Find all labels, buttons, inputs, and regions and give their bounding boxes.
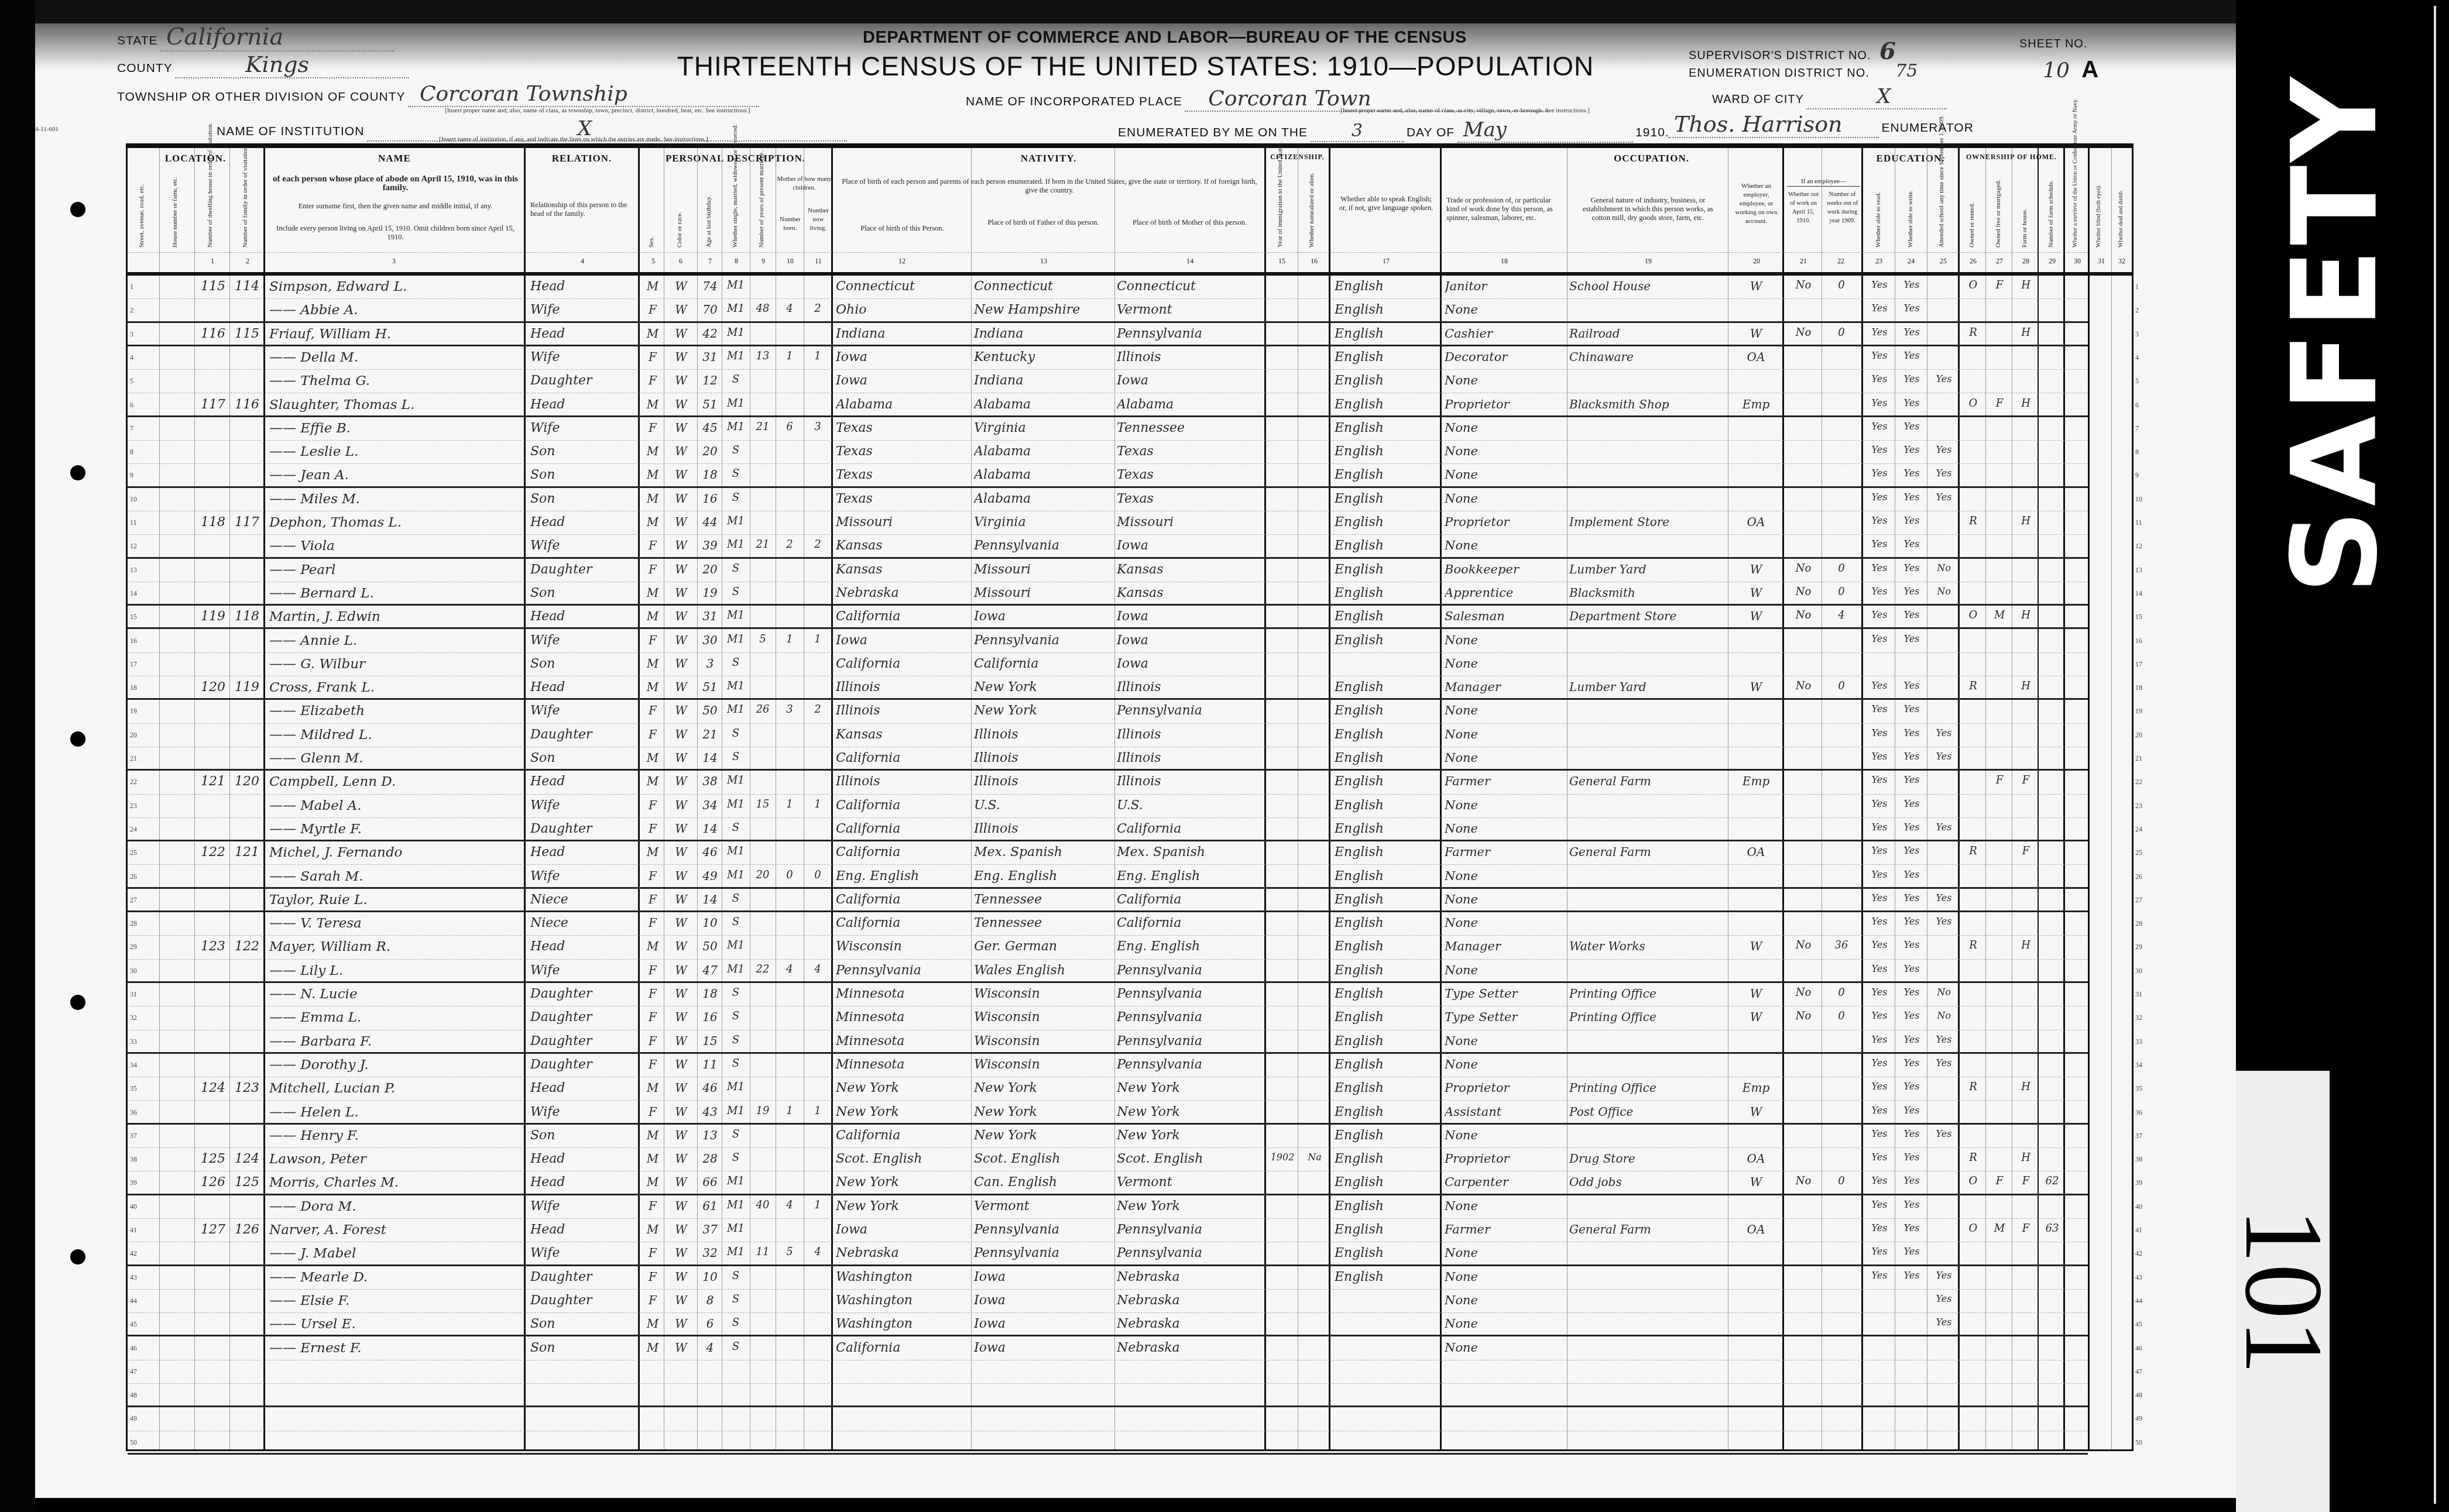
cell-write — [1896, 1293, 1927, 1312]
cell-mother-birth: U.S. — [1117, 798, 1263, 817]
cell-trade: None — [1445, 798, 1568, 817]
cell-yrs-married: 26 — [750, 703, 775, 722]
cell-trade: Cashier — [1445, 327, 1568, 345]
day-of-label: day of — [1407, 126, 1455, 139]
cell-industry — [1569, 727, 1727, 746]
cell-mother-birth: Vermont — [1117, 303, 1263, 321]
township-field: Township or other division of county Cor… — [117, 82, 819, 107]
cell-farm: H — [2014, 1152, 2038, 1170]
cell-family — [231, 444, 263, 463]
cell-naturalized — [1299, 1293, 1330, 1312]
cell-farm — [2014, 657, 2038, 675]
line-number: 46 — [130, 1344, 137, 1353]
cell-owned — [1961, 586, 1985, 604]
colnum-29: 29 — [2043, 257, 2061, 266]
cell-father-birth: Wisconsin — [974, 987, 1113, 1005]
cell-age: 70 — [698, 303, 722, 321]
line-number: 8 — [130, 448, 133, 456]
cell-free — [1987, 350, 2012, 369]
cell-birth: Kansas — [836, 562, 970, 581]
cell-industry — [1569, 1387, 1727, 1406]
cell-birth: California — [836, 845, 970, 864]
line-number: 7 — [130, 424, 133, 433]
cell-born — [776, 727, 803, 746]
cell-trade: Manager — [1445, 680, 1568, 699]
cell-age: 51 — [698, 680, 722, 699]
cell-language: English — [1335, 987, 1440, 1005]
cell-family — [231, 373, 263, 392]
cell-yrs-married: 22 — [750, 963, 775, 982]
line-number: 39 — [130, 1178, 137, 1187]
cell-naturalized — [1299, 1057, 1330, 1076]
header-free: Owned free or mortgaged. — [1995, 177, 2002, 248]
cell-birth: Iowa — [836, 373, 970, 392]
cell-industry: School House — [1569, 279, 1727, 298]
cell-birth: California — [836, 798, 970, 817]
cell-read: Yes — [1864, 845, 1895, 864]
cell-age: 4 — [698, 1341, 722, 1359]
cell-family — [231, 1364, 263, 1383]
cell-school: No — [1929, 1010, 1959, 1029]
cell-relation: Head — [530, 1152, 639, 1170]
cell-living — [804, 1364, 831, 1383]
cell-born — [776, 657, 803, 675]
cell-family — [231, 468, 263, 486]
cell-farm — [2014, 538, 2038, 557]
cell-immigration — [1267, 397, 1298, 416]
cell-color: W — [665, 562, 697, 581]
cell-born: 0 — [776, 869, 803, 888]
cell-living — [804, 727, 831, 746]
line-number: 50 — [130, 1438, 137, 1447]
cell-mother-birth: California — [1117, 822, 1263, 840]
cell-living — [804, 1222, 831, 1241]
cell-read: Yes — [1864, 939, 1895, 958]
line-number: 49 — [130, 1414, 137, 1423]
cell-marital: S — [722, 1152, 749, 1170]
cell-farm — [2014, 1199, 2038, 1218]
cell-out-work — [1786, 468, 1821, 486]
cell-out-work — [1786, 1364, 1821, 1383]
cell-sex: M — [641, 586, 664, 604]
cell-birth: Nebraska — [836, 586, 970, 604]
cell-father-birth: California — [974, 657, 1113, 675]
cell-relation: Son — [530, 1317, 639, 1335]
cell-family — [231, 586, 263, 604]
cell-living: 1 — [804, 1105, 831, 1123]
cell-trade: None — [1445, 1246, 1568, 1264]
cell-name: —— Ernest F. — [269, 1341, 524, 1359]
line-number: 5 — [130, 377, 133, 386]
cell-born — [776, 916, 803, 934]
cell-out-work — [1786, 1293, 1821, 1312]
cell-mother-birth: Illinois — [1117, 350, 1263, 369]
cell-name: —— Sarah M. — [269, 869, 524, 888]
cell-sex: F — [641, 916, 664, 934]
cell-living — [804, 1293, 831, 1312]
cell-father-birth: Alabama — [974, 468, 1113, 486]
cell-yrs-married — [750, 916, 775, 934]
cell-sex: M — [641, 1341, 664, 1359]
cell-birth: Washington — [836, 1293, 970, 1312]
cell-weeks — [1823, 538, 1860, 557]
cell-trade: Carpenter — [1445, 1175, 1568, 1194]
cell-father-birth: Illinois — [974, 727, 1113, 746]
cell-age: 49 — [698, 869, 722, 888]
cell-age: 45 — [698, 421, 722, 439]
cell-schedule — [2040, 1341, 2064, 1359]
cell-read: Yes — [1864, 680, 1895, 699]
cell-mother-birth: Kansas — [1117, 562, 1263, 581]
cell-yrs-married — [750, 1364, 775, 1383]
cell-yrs-married — [750, 657, 775, 675]
cell-farm — [2014, 1411, 2038, 1429]
supervisor-label: Supervisor's District No. — [1689, 49, 1871, 62]
cell-owned — [1961, 562, 1985, 581]
cell-school — [1929, 963, 1959, 982]
cell-industry — [1569, 1435, 1727, 1453]
cell-write — [1896, 1387, 1927, 1406]
cell-marital: M1 — [722, 869, 749, 888]
colnum-13: 13 — [1035, 257, 1052, 266]
cell-born — [776, 562, 803, 581]
cell-name: Mitchell, Lucian P. — [269, 1081, 524, 1099]
cell-marital: M1 — [722, 1199, 749, 1218]
cell-weeks — [1823, 1034, 1860, 1053]
cell-family: 119 — [231, 680, 263, 699]
cell-mother-birth: Pennsylvania — [1117, 1057, 1263, 1076]
cell-trade: None — [1445, 822, 1568, 840]
cell-born: 1 — [776, 1105, 803, 1123]
cell-farm — [2014, 1128, 2038, 1147]
cell-industry: Chinaware — [1569, 350, 1727, 369]
table-row: 1010—— Miles M.SonMW16STexasAlabamaTexas… — [128, 488, 2088, 511]
cell-father-birth: Wisconsin — [974, 1057, 1113, 1076]
cell-owned: R — [1961, 515, 1985, 534]
cell-industry — [1569, 963, 1727, 982]
header-school: Attended school any time since September… — [1938, 177, 1945, 248]
cell-born — [776, 1435, 803, 1453]
line-number: 47 — [130, 1367, 137, 1376]
cell-free — [1987, 1317, 2012, 1335]
cell-yrs-married — [750, 1317, 775, 1335]
cell-language — [1335, 1293, 1440, 1312]
cell-name — [269, 1387, 524, 1406]
cell-free — [1987, 538, 2012, 557]
cell-family — [231, 657, 263, 675]
cell-name: Dephon, Thomas L. — [269, 515, 524, 534]
cell-born — [776, 468, 803, 486]
cell-marital: M1 — [722, 1081, 749, 1099]
cell-name: —— Mabel A. — [269, 798, 524, 817]
cell-color: W — [665, 1105, 697, 1123]
cell-mother-birth: New York — [1117, 1081, 1263, 1099]
cell-father-birth: Missouri — [974, 586, 1113, 604]
cell-father-birth: U.S. — [974, 798, 1113, 817]
cell-dwelling — [197, 1034, 229, 1053]
cell-father-birth: Indiana — [974, 373, 1113, 392]
cell-yrs-married — [750, 279, 775, 298]
cell-school — [1929, 350, 1959, 369]
cell-employer: OA — [1730, 1222, 1782, 1241]
cell-out-work: No — [1786, 1175, 1821, 1194]
cell-weeks — [1823, 1317, 1860, 1335]
cell-out-work — [1786, 1081, 1821, 1099]
cell-weeks — [1823, 1081, 1860, 1099]
cell-relation — [530, 1435, 639, 1453]
cell-owned — [1961, 1105, 1985, 1123]
cell-dwelling — [197, 916, 229, 934]
cell-industry: Odd jobs — [1569, 1175, 1727, 1194]
cell-dwelling — [197, 1010, 229, 1029]
cell-family — [231, 421, 263, 439]
enumerator-label: Enumerator — [1881, 121, 1973, 135]
cell-yrs-married — [750, 397, 775, 416]
cell-age: 39 — [698, 538, 722, 557]
cell-industry: General Farm — [1569, 845, 1727, 864]
cell-owned — [1961, 1270, 1985, 1288]
cell-free — [1987, 1387, 2012, 1406]
line-number: 40 — [130, 1202, 137, 1211]
cell-weeks — [1823, 515, 1860, 534]
header-years-married: Number of years of present marriage. — [758, 176, 765, 248]
cell-immigration — [1267, 444, 1298, 463]
cell-schedule — [2040, 562, 2064, 581]
cell-school — [1929, 1152, 1959, 1170]
cell-color: W — [665, 892, 697, 911]
cell-schedule — [2040, 1128, 2064, 1147]
colnum-9: 9 — [754, 257, 772, 266]
cell-mother-birth: Illinois — [1117, 727, 1263, 746]
cell-marital: M1 — [722, 680, 749, 699]
cell-sex: M — [641, 1152, 664, 1170]
line-number: 42 — [130, 1249, 137, 1258]
ward-label: Ward of city — [1712, 93, 1804, 106]
cell-immigration — [1267, 822, 1298, 840]
cell-born — [776, 1293, 803, 1312]
cell-age: 30 — [698, 633, 722, 652]
colnum-27: 27 — [1991, 257, 2008, 266]
cell-owned — [1961, 350, 1985, 369]
cell-living — [804, 1341, 831, 1359]
cell-living — [804, 373, 831, 392]
line-number: 12 — [130, 542, 137, 551]
county-field: County Kings — [117, 51, 445, 78]
line-number: 6 — [130, 401, 133, 410]
cell-industry — [1569, 822, 1727, 840]
cell-name: Friauf, William H. — [269, 327, 524, 345]
cell-sex: M — [641, 939, 664, 958]
cell-read — [1864, 657, 1895, 675]
cell-weeks — [1823, 633, 1860, 652]
cell-sex: F — [641, 633, 664, 652]
line-number: 18 — [130, 683, 137, 692]
cell-write: Yes — [1896, 279, 1927, 298]
cell-marital: S — [722, 1010, 749, 1029]
cell-color: W — [665, 657, 697, 675]
cell-born: 4 — [776, 1199, 803, 1218]
cell-father-birth: Alabama — [974, 397, 1113, 416]
cell-color: W — [665, 1010, 697, 1029]
cell-farm: H — [2014, 680, 2038, 699]
out-of-work-desc: Whether out of work on April 15, 1910. — [1786, 190, 1821, 225]
cell-language — [1335, 1341, 1440, 1359]
cell-sex: M — [641, 609, 664, 628]
cell-father-birth: Wisconsin — [974, 1034, 1113, 1053]
cell-birth: California — [836, 1128, 970, 1147]
ward-field: Ward of city X — [1677, 85, 1970, 109]
cell-dwelling: 121 — [197, 774, 229, 793]
cell-trade: None — [1445, 963, 1568, 982]
cell-trade: Proprietor — [1445, 1152, 1568, 1170]
department-title: DEPARTMENT OF COMMERCE AND LABOR—BUREAU … — [784, 28, 1545, 47]
cell-marital: S — [722, 727, 749, 746]
cell-industry — [1569, 1317, 1727, 1335]
township-note: [Insert proper name and, also, name of c… — [445, 107, 855, 114]
cell-free: F — [1987, 774, 2012, 793]
sheet-field: Sheet No. 10 A — [2019, 37, 2136, 83]
table-row: 3535124123Mitchell, Lucian P.HeadMW46M1N… — [128, 1077, 2088, 1101]
line-number: 1 — [130, 283, 133, 291]
cell-yrs-married — [750, 751, 775, 769]
cell-write: Yes — [1896, 373, 1927, 392]
cell-family — [231, 1128, 263, 1147]
cell-naturalized — [1299, 916, 1330, 934]
cell-weeks: 0 — [1823, 987, 1860, 1005]
cell-mother-birth: Missouri — [1117, 515, 1263, 534]
header-owned: Owned or rented. — [1968, 177, 1975, 248]
cell-sex: F — [641, 1034, 664, 1053]
cell-industry: Printing Office — [1569, 987, 1727, 1005]
cell-sex: F — [641, 1293, 664, 1312]
cell-write: Yes — [1896, 492, 1927, 510]
table-row: 99—— Jean A.SonMW18STexasAlabamaTexasEng… — [128, 464, 2088, 487]
birth-mother-header: Place of birth of Mother of this person. — [1118, 218, 1261, 227]
cell-immigration — [1267, 1387, 1298, 1406]
cell-marital: S — [722, 751, 749, 769]
cell-color: W — [665, 1341, 697, 1359]
nativity-desc: Place of birth of each person and parent… — [839, 177, 1260, 195]
cell-industry — [1569, 892, 1727, 911]
cell-employer — [1730, 1435, 1782, 1453]
line-number-right: 34 — [2135, 1061, 2142, 1070]
cell-name: Mayer, William R. — [269, 939, 524, 958]
cell-immigration — [1267, 1270, 1298, 1288]
line-number: 30 — [130, 967, 137, 975]
cell-read: Yes — [1864, 727, 1895, 746]
cell-write: Yes — [1896, 892, 1927, 911]
cell-birth: Kansas — [836, 727, 970, 746]
cell-read: Yes — [1864, 892, 1895, 911]
cell-school — [1929, 421, 1959, 439]
cell-trade: Janitor — [1445, 279, 1568, 298]
cell-language — [1335, 657, 1440, 675]
cell-mother-birth: Pennsylvania — [1117, 1246, 1263, 1264]
cell-naturalized — [1299, 869, 1330, 888]
cell-father-birth: Connecticut — [974, 279, 1113, 298]
cell-sex: F — [641, 892, 664, 911]
cell-read: Yes — [1864, 327, 1895, 345]
cell-marital — [722, 1387, 749, 1406]
line-number-right: 21 — [2135, 754, 2142, 763]
cell-school — [1929, 1081, 1959, 1099]
table-row: 4747 — [128, 1360, 2088, 1384]
cell-out-work — [1786, 1199, 1821, 1218]
cell-owned: R — [1961, 845, 1985, 864]
cell-father-birth: Wisconsin — [974, 1010, 1113, 1029]
cell-school — [1929, 798, 1959, 817]
cell-born — [776, 586, 803, 604]
cell-naturalized — [1299, 397, 1330, 416]
cell-weeks — [1823, 657, 1860, 675]
cell-dwelling — [197, 1128, 229, 1147]
cell-language: English — [1335, 1270, 1440, 1288]
cell-mother-birth: Iowa — [1117, 538, 1263, 557]
cell-name: —— Henry F. — [269, 1128, 524, 1147]
month-value: May — [1457, 118, 1633, 143]
cell-father-birth: New York — [974, 1128, 1113, 1147]
cell-born — [776, 1010, 803, 1029]
cell-weeks — [1823, 1057, 1860, 1076]
line-number-right: 13 — [2135, 566, 2142, 575]
cell-weeks — [1823, 703, 1860, 722]
cell-living: 2 — [804, 703, 831, 722]
cell-family — [231, 892, 263, 911]
cell-farm — [2014, 798, 2038, 817]
colnum-20: 20 — [1748, 257, 1765, 266]
cell-language: English — [1335, 939, 1440, 958]
cell-mother-birth: Eng. English — [1117, 939, 1263, 958]
cell-yrs-married — [750, 609, 775, 628]
cell-school — [1929, 1341, 1959, 1359]
weeks-out-desc: Number of weeks out of work during year … — [1823, 190, 1861, 225]
cell-naturalized — [1299, 586, 1330, 604]
cell-immigration — [1267, 1081, 1298, 1099]
cell-father-birth: Alabama — [974, 444, 1113, 463]
cell-mother-birth: Nebraska — [1117, 1293, 1263, 1312]
cell-farm — [2014, 1317, 2038, 1335]
mother-of: Mother of how many children. — [777, 175, 832, 193]
cell-family — [231, 1270, 263, 1288]
cell-out-work: No — [1786, 680, 1821, 699]
header-veteran: Whether a survivor of the Union or Confe… — [2072, 154, 2078, 248]
cell-language: English — [1335, 515, 1440, 534]
cell-free — [1987, 1293, 2012, 1312]
cell-schedule — [2040, 444, 2064, 463]
line-number-right: 4 — [2135, 353, 2139, 362]
cell-school — [1929, 1387, 1959, 1406]
cell-write: Yes — [1896, 1034, 1927, 1053]
colnum-26: 26 — [1964, 257, 1982, 266]
line-number-right: 38 — [2135, 1155, 2142, 1164]
colnum-4: 4 — [574, 257, 591, 266]
cell-weeks — [1823, 303, 1860, 321]
cell-out-work — [1786, 1317, 1821, 1335]
cell-language: English — [1335, 586, 1440, 604]
cell-trade: None — [1445, 916, 1568, 934]
cell-family — [231, 916, 263, 934]
cell-family: 116 — [231, 397, 263, 416]
cell-owned: R — [1961, 680, 1985, 699]
birth-father-header: Place of birth of Father of this person. — [975, 218, 1112, 227]
cell-naturalized — [1299, 703, 1330, 722]
enumeration-date: Enumerated by me on the 3 day of May 191… — [884, 118, 1762, 143]
cell-industry — [1569, 1057, 1727, 1076]
cell-out-work — [1786, 1057, 1821, 1076]
cell-owned — [1961, 1387, 1985, 1406]
cell-trade: None — [1445, 303, 1568, 321]
line-number-right: 28 — [2135, 919, 2142, 928]
